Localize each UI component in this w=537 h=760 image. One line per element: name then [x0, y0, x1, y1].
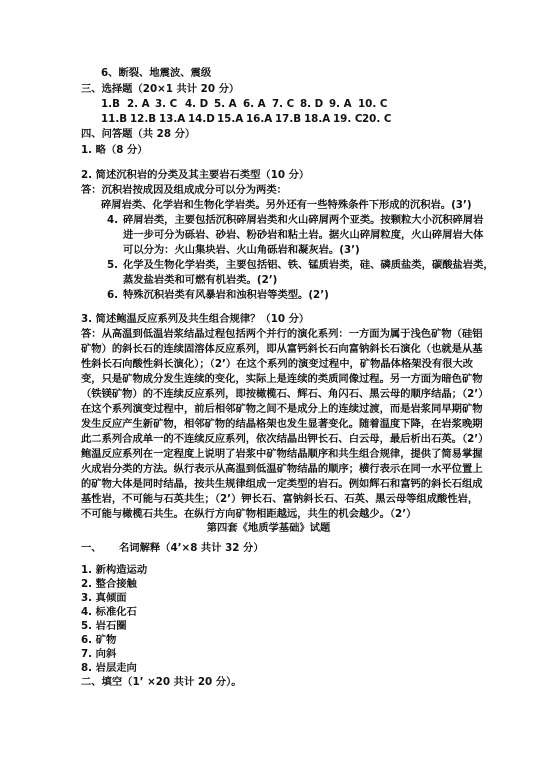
qa-answer-2-point-5-line-2: 蒸发盐岩类和可燃有机岩类。(2’): [123, 273, 277, 287]
qa-answer-3-line-8: 此二系列合成单一的不连续反应系列，依次结晶出钾长石、白云母，最后析出石英。（2’…: [81, 432, 489, 446]
term-item-4: 4. 标准化石: [81, 605, 137, 619]
qa-answer-3-line-6: 在这个系列演变过程中，前后相邻矿物之间不是成分上的连续过渡，而是岩浆同早期矿物: [81, 402, 483, 416]
qa-answer-3-line-13: 不可能与橄榄石共生。在纵行方向矿物相距越远，共生的机会越少。（2’）: [81, 507, 416, 521]
term-item-8: 8. 岩层走向: [81, 661, 137, 675]
answer-10: 10. C: [358, 97, 388, 111]
qa-answer-2-point-4-line-2: 进一步可分为砾岩、砂岩、粉砂岩和粘土岩。据火山碎屑粒度，火山碎屑岩大体: [123, 228, 483, 242]
answer-13: 13.A: [159, 112, 188, 126]
answer-18: 18.A: [304, 112, 333, 126]
qa-answer-3-line-4: 变，只是矿物成分发生连续的变化，实际上是连续的类质同像过程。另一方面为暗色矿物: [81, 372, 483, 386]
qa-answer-3-line-10: 火成岩分类的方法。纵行表示从高温到低温矿物结晶的顺序；横行表示在同一水平位置上: [81, 462, 483, 476]
answer-6: 6. A: [243, 97, 272, 111]
qa-answer-3-line-12: 基性岩，不可能与石英共生；（2’）钾长石、富钠斜长石、石英、黑云母等组成酸性岩，: [81, 492, 478, 506]
qa-answer-3-line-2: 矿物）的斜长石的连续固溶体反应系列，即从富钙斜长石向富钠斜长石演化（也就是从基: [81, 342, 483, 356]
qa-answer-2-point-4-num: 4.: [107, 213, 118, 227]
section-title-qa: 四、问答题（共 28 分）: [81, 127, 195, 141]
qa-answer-3-line-7: 发生反应产生新矿物，相邻矿物的结晶格架也发生显著变化。随着温度下降，在岩浆晚期: [81, 417, 483, 431]
answer-17: 17.B: [275, 112, 304, 126]
qa-answer-2-summary: 碎屑岩类、化学岩和生物化学岩类。另外还有一些特殊条件下形成的沉积岩。(3’): [101, 198, 472, 212]
answer-9: 9. A: [329, 97, 358, 111]
fill-answer-item-6: 6、断裂、地震波、震级: [101, 66, 211, 80]
answer-5: 5. A: [214, 97, 243, 111]
qa-answer-3-line-9: 鲍温反应系列在一定程度上说明了岩浆中矿物结晶顺序和共生组合规律，提供了简易掌握: [81, 447, 483, 461]
answer-7: 7. C: [272, 97, 300, 111]
qa-answer-3-line-1: 答：从高温到低温岩浆结晶过程包括两个并行的演化系列：一方面为属于浅色矿物（硅铝: [81, 327, 483, 341]
qa-answer-2-point-6-num: 6.: [107, 288, 118, 302]
answer-20: 20. C: [362, 112, 392, 126]
answer-4: 4. D: [185, 97, 214, 111]
document-page: 6、断裂、地震波、震级 三、选择题（20×1 共计 20 分） 1.B 2. A…: [0, 0, 537, 760]
answers-row-1: 1.B 2. A 3. C 4. D 5. A 6. A 7. C 8. D 9…: [101, 97, 388, 111]
qa-answer-3-line-3: 性斜长石向酸性斜长演化）；（2’）在这个系列的演变过程中，矿物晶体格架没有很大改: [81, 357, 473, 371]
term-item-1: 1. 新构造运动: [81, 563, 147, 577]
qa-question-2: 2. 简述沉积岩的分类及其主要岩石类型（10 分）: [81, 168, 309, 182]
term-item-5: 5. 岩石圈: [81, 619, 127, 633]
answer-15: 15.A: [217, 112, 246, 126]
exam-4-title: 第四套《地质学基础》试题: [0, 521, 537, 535]
term-item-2: 2. 整合接触: [81, 577, 137, 591]
section-title-multiple-choice: 三、选择题（20×1 共计 20 分）: [81, 82, 239, 96]
qa-answer-2-intro: 答：沉积岩按成因及组成成分可以分为两类：: [81, 183, 287, 197]
qa-answer-3-line-11: 的矿物大体是同时结晶，按共生规律组成一定类型的岩石。例如辉石和富钙的斜长石组成: [81, 477, 483, 491]
answer-12: 12.B: [130, 112, 159, 126]
answer-1: 1.B: [101, 97, 127, 111]
part-1-title: 名词解释（4’×8 共计 32 分）: [119, 541, 264, 555]
qa-answer-2-point-6-line-1: 特殊沉积岩类有风暴岩和浊积岩等类型。(2’): [123, 288, 329, 302]
answer-19: 19. C: [333, 112, 362, 126]
answer-3: 3. C: [155, 97, 185, 111]
answer-16: 16.A: [246, 112, 275, 126]
qa-answer-2-point-5-num: 5.: [107, 258, 118, 272]
decorative-dash: [272, 528, 277, 530]
part-1-number: 一、: [81, 541, 102, 555]
qa-question-3: 3. 简述鲍温反应系列及共生组合规律？（10 分）: [81, 312, 309, 326]
answers-row-2: 11.B 12.B 13.A 14.D 15.A 16.A 17.B 18.A …: [101, 112, 392, 126]
qa-answer-2-point-4-line-1: 碎屑岩类，主要包括沉积碎屑岩类和火山碎屑两个亚类。按颗粒大小沉积碎屑岩: [123, 213, 483, 227]
answer-2: 2. A: [127, 97, 155, 111]
part-2-title: 二、填空（1’ ×20 共计 20 分）。: [81, 675, 242, 689]
answer-11: 11.B: [101, 112, 130, 126]
term-item-3: 3. 真倾面: [81, 591, 127, 605]
qa-question-1: 1. 略（8 分）: [81, 143, 148, 157]
answer-14: 14.D: [188, 112, 217, 126]
qa-answer-2-point-5-line-1: 化学及生物化学岩类，主要包括铝、铁、锰质岩类，硅、磷质盐类，碳酸盐岩类，: [123, 258, 494, 272]
term-item-6: 6. 矿物: [81, 633, 116, 647]
term-item-7: 7. 向斜: [81, 647, 116, 661]
qa-answer-2-point-4-line-3: 可以分为：火山集块岩、火山角砾岩和凝灰岩。(3’): [123, 243, 360, 257]
answer-8: 8. D: [300, 97, 329, 111]
qa-answer-3-line-5: （铁镁矿物）的不连续反应系列，即按橄榄石、辉石、角闪石、黑云母的顺序结晶；（2’…: [81, 387, 489, 401]
